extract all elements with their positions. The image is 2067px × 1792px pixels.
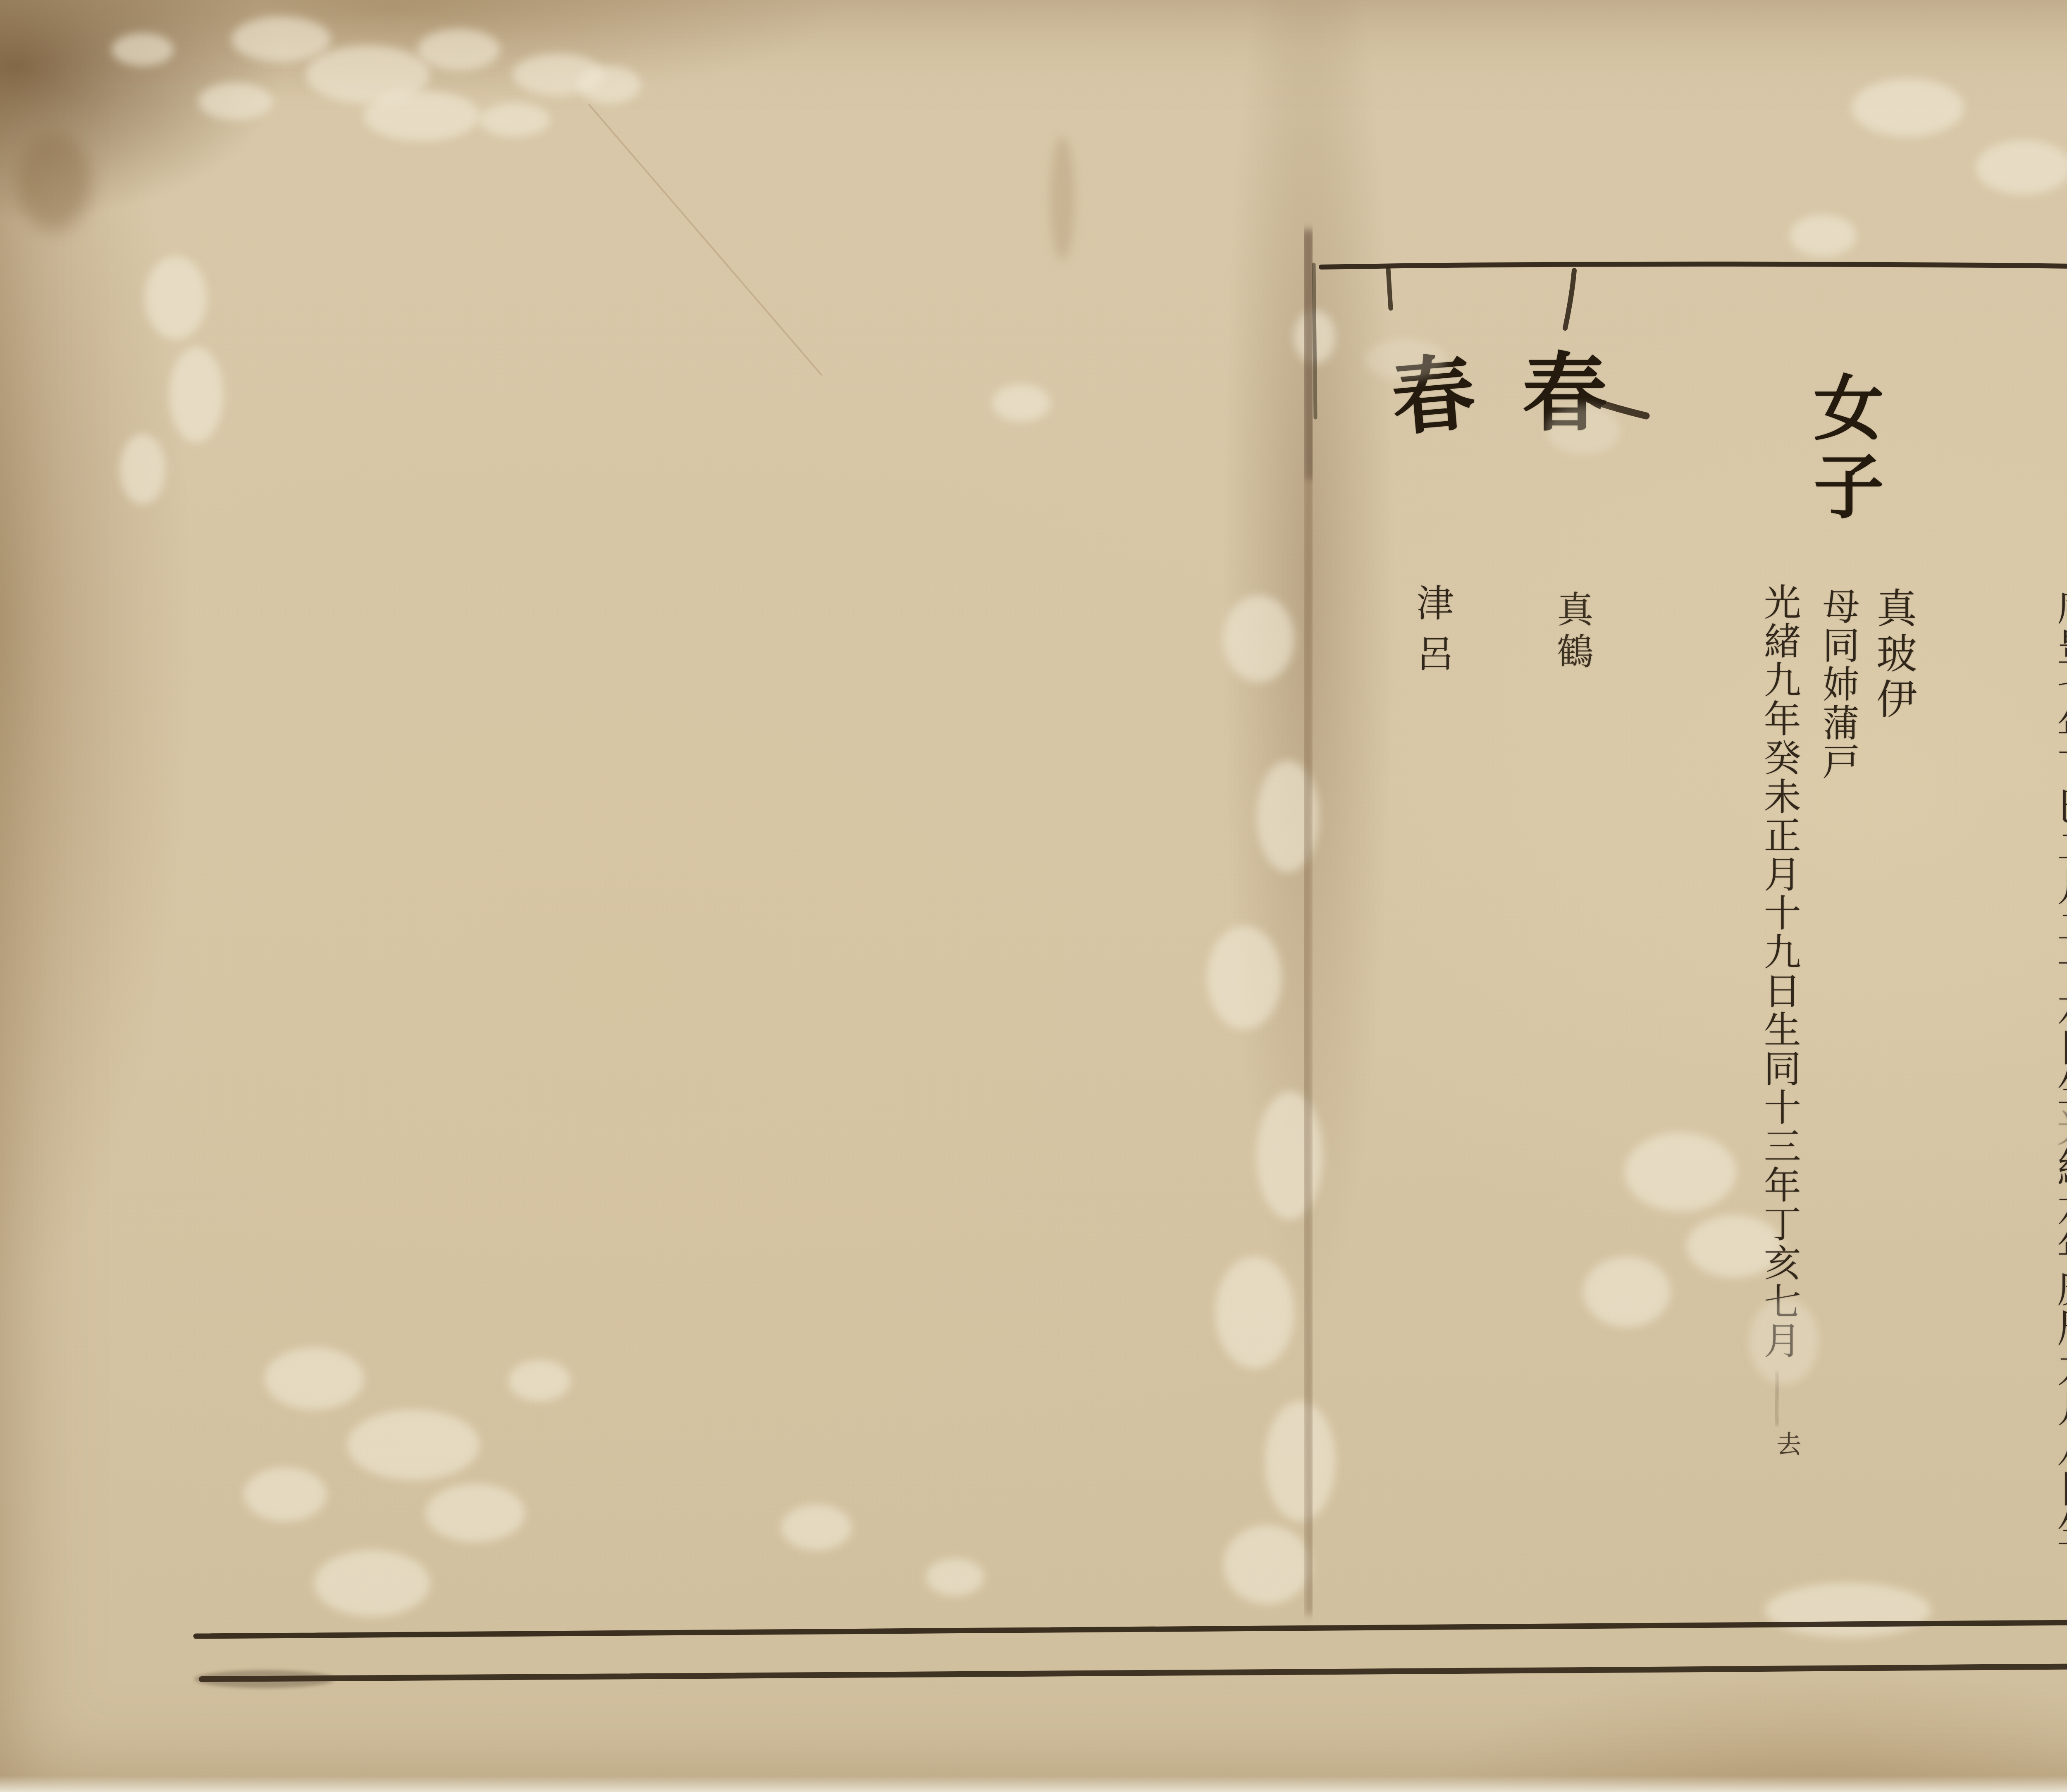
bottom-double-rule: [196, 1620, 2067, 1679]
document-scan: 女子 蒲戸 母土原氏塩川仁也春起二女在雅 咸豊七年丁巳二月二十六日生光緒六年庚辰…: [0, 0, 2067, 1792]
entry1-date-birth: 咸豊七年丁巳二月二十六日生: [2051, 585, 2067, 1107]
ruled-lines-svg: [0, 0, 2067, 1792]
entry4-header: 春: [1377, 348, 1476, 439]
entry1-dates: 咸豊七年丁巳二月二十六日生光緒六年庚辰九月八日生: [2051, 585, 2067, 1548]
entry2-header: 女子: [1803, 371, 1882, 528]
entry1-date-rest: 緒六年庚辰九月八日生: [2051, 1147, 2067, 1548]
entry2-name: 真玻伊: [1870, 587, 1916, 723]
paper-crease: [589, 104, 822, 375]
entry3-header: 春: [1510, 348, 1605, 433]
entry2-end-mark: 去: [1773, 1431, 1800, 1456]
entry2-dates: 光緒九年癸未正月十九日生同十三年丁亥七月: [1758, 583, 1800, 1360]
entry3-name: 真鶴: [1552, 590, 1593, 675]
ink-smear: [194, 1670, 335, 1688]
entry2-mother-line: 母同姉蒲戸: [1816, 587, 1858, 781]
faded-strokes: [1776, 1372, 1778, 1425]
entry4-name: 津呂: [1411, 584, 1452, 685]
page-fold: [1306, 230, 1310, 1615]
register-box-border: [1314, 264, 2067, 1585]
entry1-date-faded: 光: [2051, 1107, 2067, 1147]
